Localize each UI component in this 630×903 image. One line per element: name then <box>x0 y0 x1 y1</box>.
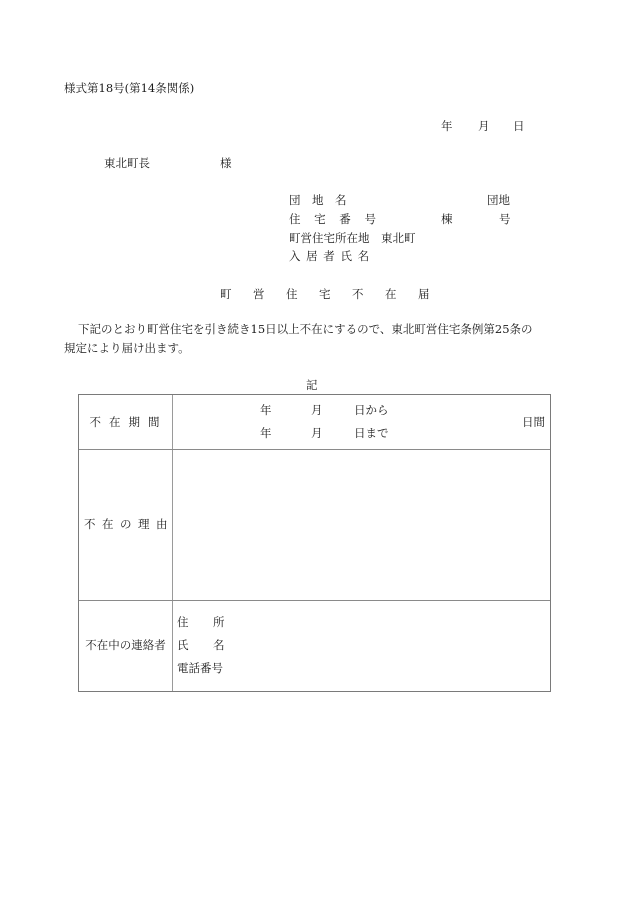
contact-name-label[interactable]: 氏名 <box>177 640 189 652</box>
applicant-danchi-row: 団 地 名 団地 <box>289 195 529 209</box>
absence-period-label: 不在期間 <box>79 417 172 429</box>
label-char: 所 <box>213 617 225 629</box>
addressee: 東北町長 <box>104 158 150 170</box>
row-divider <box>79 600 550 601</box>
title-char: 住 <box>286 289 298 301</box>
absence-reason-label: 不在の理由 <box>79 519 172 531</box>
period-from-month[interactable]: 月 <box>311 405 323 417</box>
absence-reason-field[interactable] <box>173 451 551 599</box>
title-char: 町 <box>220 289 232 301</box>
ki-heading: 記 <box>306 380 318 392</box>
title-char: 不 <box>352 289 364 301</box>
date-year-label: 年 <box>441 121 453 133</box>
applicant-location-row: 町営住宅所在地 東北町 <box>289 233 529 247</box>
period-to-year[interactable]: 年 <box>260 428 272 440</box>
contact-phone-label[interactable]: 電話番号 <box>177 663 223 675</box>
form-number: 様式第18号(第14条関係) <box>64 83 194 95</box>
row-divider <box>79 449 550 450</box>
document-title: 町営住宅不在届 <box>220 289 451 301</box>
body-text-line-1: 下記のとおり町営住宅を引き続き15日以上不在にするので、東北町営住宅条例第25条… <box>78 324 533 336</box>
danchi-suffix: 団地 <box>487 195 510 207</box>
period-days[interactable]: 日間 <box>522 417 545 429</box>
body-text-line-2: 規定により届け出ます。 <box>64 343 190 355</box>
notice-table: 不在期間 年 月 日から 年 月 日まで 日間 不在の理由 不在中の連絡者 住所… <box>78 394 551 692</box>
date-day-label: 日 <box>513 121 525 133</box>
title-char: 届 <box>418 289 430 301</box>
title-char: 在 <box>385 289 397 301</box>
contact-address-label[interactable]: 住所 <box>177 617 189 629</box>
number-suffix: 号 <box>499 214 511 226</box>
date-month-label: 月 <box>478 121 490 133</box>
danchi-label: 団 地 名 <box>289 195 347 207</box>
applicant-room-row: 住 宅 番 号 棟 号 <box>289 214 529 228</box>
label-char: 住 <box>177 615 189 629</box>
building-suffix: 棟 <box>441 214 453 226</box>
resident-name-label: 入 居 者 氏 名 <box>289 251 370 263</box>
title-char: 宅 <box>319 289 331 301</box>
label-char: 名 <box>213 640 225 652</box>
period-to-day[interactable]: 日まで <box>354 428 389 440</box>
location-value: 東北町 <box>381 233 416 245</box>
period-from-year[interactable]: 年 <box>260 405 272 417</box>
location-label: 町営住宅所在地 <box>289 233 370 245</box>
period-from-day[interactable]: 日から <box>354 405 389 417</box>
period-to-month[interactable]: 月 <box>311 428 323 440</box>
contact-label: 不在中の連絡者 <box>79 640 172 652</box>
honorific: 様 <box>220 158 232 170</box>
title-char: 営 <box>253 289 265 301</box>
room-number-label: 住 宅 番 号 <box>289 214 381 226</box>
applicant-resident-row: 入 居 者 氏 名 <box>289 251 529 265</box>
label-char: 氏 <box>177 638 189 652</box>
